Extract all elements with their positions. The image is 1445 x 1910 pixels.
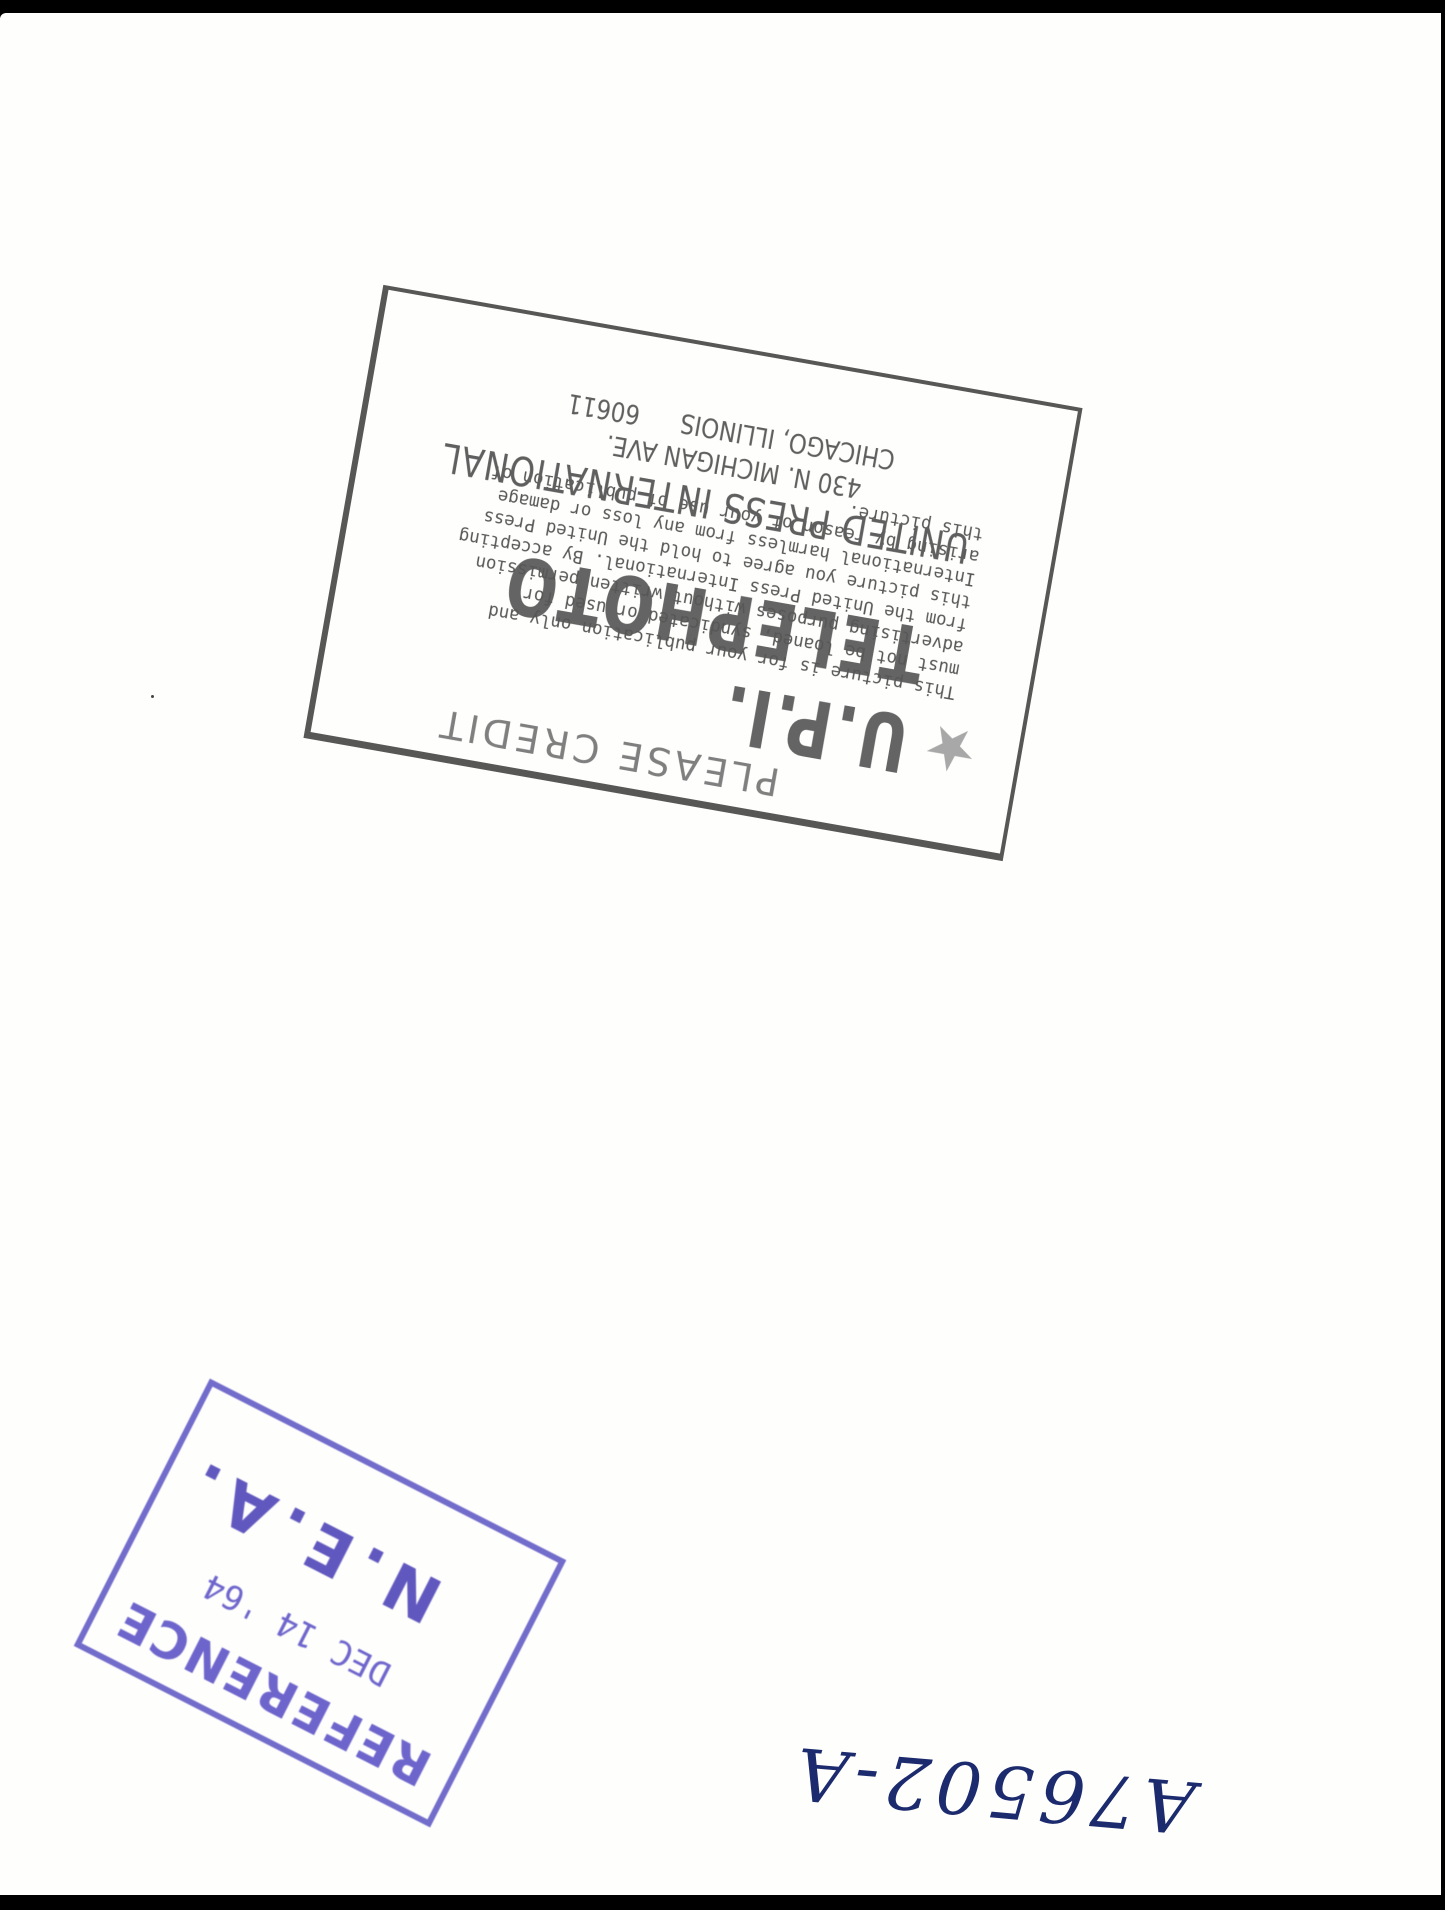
- zip-code: 60611: [565, 387, 642, 430]
- reference-stamp: REFERENCE DEC 14 '64 N.E.A.: [74, 1379, 567, 1828]
- upi-telephoto-stamp: PLEASE CREDIT ★ U.P.I. TELEPHOTO This pi…: [303, 285, 1082, 861]
- handwritten-catalog-number: A76502-A: [787, 1730, 1198, 1849]
- star-icon: ★: [918, 709, 983, 787]
- photo-back-paper: PLEASE CREDIT ★ U.P.I. TELEPHOTO This pi…: [0, 13, 1441, 1895]
- paper-speck: [151, 695, 154, 698]
